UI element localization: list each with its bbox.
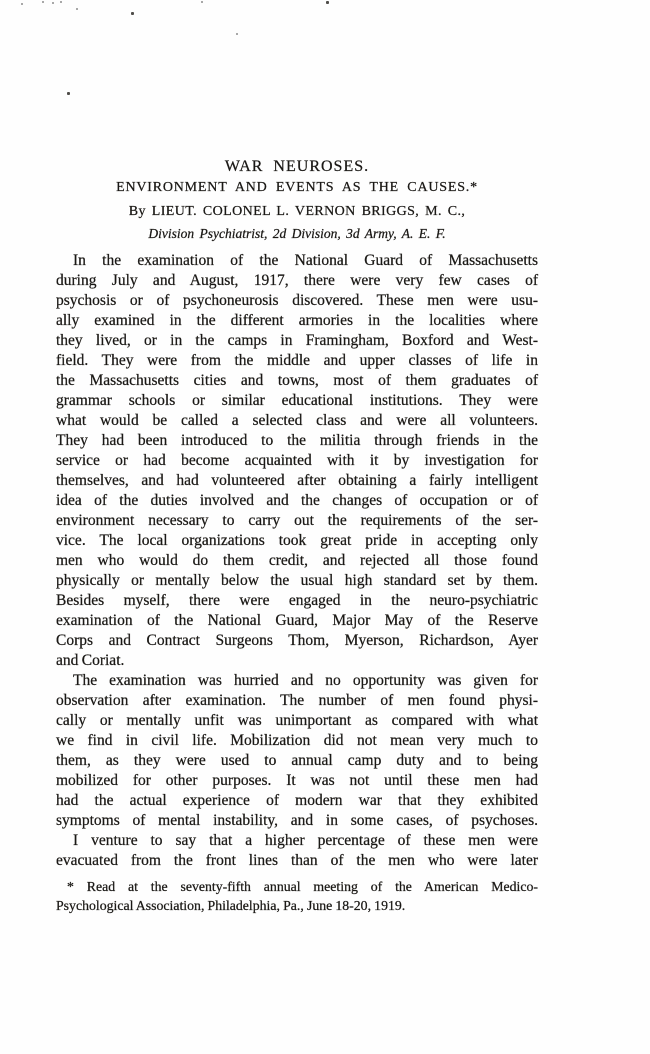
text-line: physically or mentally below the usual h… [56, 571, 538, 591]
text-line: vice. The local organizations took great… [56, 531, 538, 551]
scan-speck [76, 8, 78, 10]
scan-speck [201, 1, 203, 3]
text-line: environment necessary to carry out the r… [56, 511, 538, 531]
text-line: examination of the National Guard, Major… [56, 611, 538, 631]
article-title: WAR NEUROSES. [56, 157, 538, 176]
scan-speck [67, 92, 70, 95]
scan-speck [42, 1, 44, 3]
text-line: ally examined in the different armories … [56, 311, 538, 331]
text-line: In the examination of the National Guard… [56, 251, 538, 271]
text-line: They had been introduced to the militia … [56, 431, 538, 451]
text-line: observation after examination. The numbe… [56, 691, 538, 711]
text-line: psychosis or of psychoneurosis discovere… [56, 291, 538, 311]
text-line: what would be called a selected class an… [56, 411, 538, 431]
scan-speck [326, 1, 329, 4]
text-line: and Coriat. [56, 651, 538, 671]
text-line: * Read at the seventy-fifth annual meeti… [56, 878, 538, 897]
scanned-page: WAR NEUROSES. ENVIRONMENT AND EVENTS AS … [0, 0, 650, 1054]
scan-speck [60, 1, 62, 3]
text-line: we find in civil life. Mobilization did … [56, 731, 538, 751]
paragraph: * Read at the seventy-fifth annual meeti… [56, 878, 538, 915]
text-line: I venture to say that a higher percentag… [56, 831, 538, 851]
paragraph: In the examination of the National Guard… [56, 251, 538, 671]
text-line: themselves, and had volunteered after ob… [56, 471, 538, 491]
paragraph: The examination was hurried and no oppor… [56, 671, 538, 831]
text-line: men who would do them credit, and reject… [56, 551, 538, 571]
text-line: cally or mentally unfit was unimportant … [56, 711, 538, 731]
text-line: field. They were from the middle and upp… [56, 351, 538, 371]
paragraph: I venture to say that a higher percentag… [56, 831, 538, 871]
text-line: during July and August, 1917, there were… [56, 271, 538, 291]
text-line: had the actual experience of modern war … [56, 791, 538, 811]
scan-speck [52, 2, 54, 4]
text-line: The examination was hurried and no oppor… [56, 671, 538, 691]
scan-speck [236, 33, 238, 35]
text-line: Psychological Association, Philadelphia,… [56, 897, 538, 916]
scan-speck [21, 3, 23, 5]
text-line: they lived, or in the camps in Framingha… [56, 331, 538, 351]
text-line: evacuated from the front lines than of t… [56, 851, 538, 871]
text-line: Besides myself, there were engaged in th… [56, 591, 538, 611]
scan-speck [131, 12, 134, 15]
text-line: service or had become acquainted with it… [56, 451, 538, 471]
article-subtitle: ENVIRONMENT AND EVENTS AS THE CAUSES.* [56, 177, 538, 199]
text-line: the Massachusetts cities and towns, most… [56, 371, 538, 391]
text-line: mobilized for other purposes. It was not… [56, 771, 538, 791]
article-body: In the examination of the National Guard… [56, 251, 538, 871]
text-line: idea of the duties involved and the chan… [56, 491, 538, 511]
affiliation: Division Psychiatrist, 2d Division, 3d A… [56, 224, 538, 243]
article: WAR NEUROSES. ENVIRONMENT AND EVENTS AS … [56, 157, 538, 915]
footnote: * Read at the seventy-fifth annual meeti… [56, 878, 538, 915]
text-line: symptoms of mental instability, and in s… [56, 811, 538, 831]
text-line: them, as they were used to annual camp d… [56, 751, 538, 771]
text-line: grammar schools or similar educational i… [56, 391, 538, 411]
text-line: Corps and Contract Surgeons Thom, Myerso… [56, 631, 538, 651]
byline: By LIEUT. COLONEL L. VERNON BRIGGS, M. C… [56, 200, 538, 224]
